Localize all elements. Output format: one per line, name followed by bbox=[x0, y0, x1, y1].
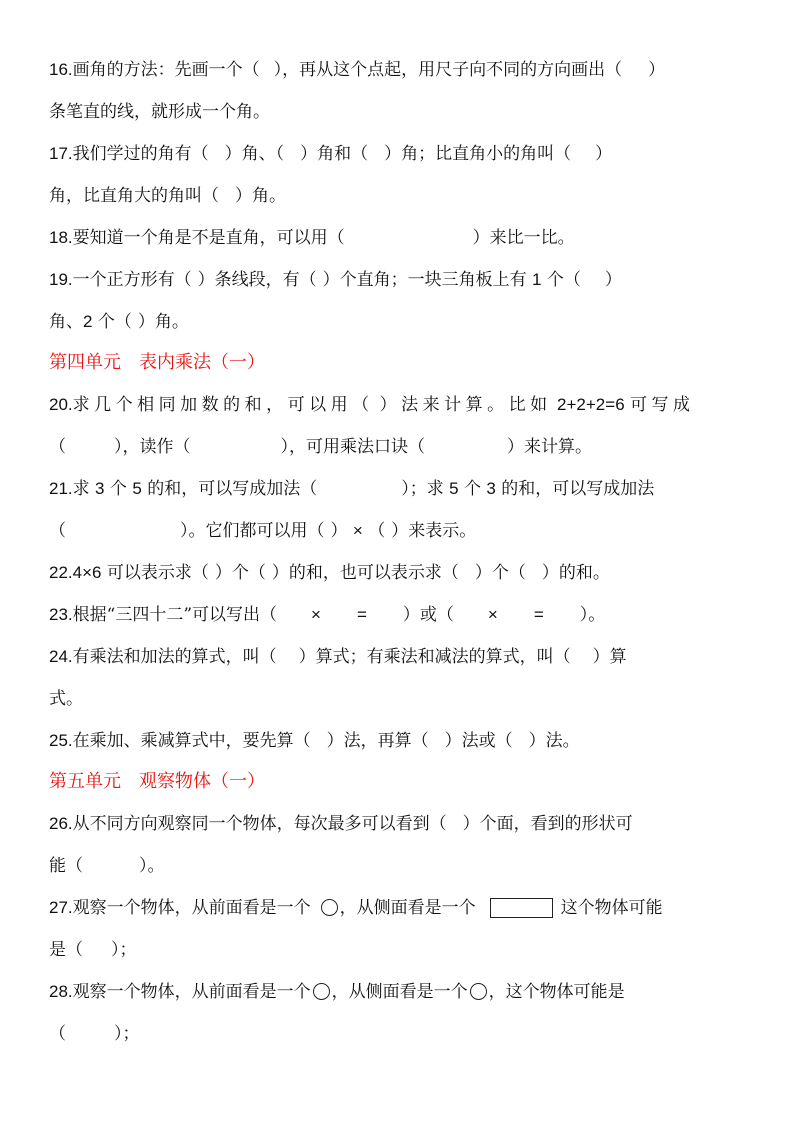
question-17-line-1: 17.我们学过的角有（）角、（）角和（）角；比直角小的角叫（） bbox=[49, 139, 612, 169]
section-heading-unit-5: 第五单元 观察物体（一） bbox=[49, 767, 265, 797]
question-21-line-2: （）。它们都可以用（） × （）来表示。 bbox=[49, 516, 476, 546]
question-27-line-2: 是（）； bbox=[49, 935, 137, 965]
section-heading-unit-4: 第四单元 表内乘法（一） bbox=[49, 348, 265, 378]
question-16-line-2: 条笔直的线，就形成一个角。 bbox=[49, 97, 270, 127]
question-19-line-2: 角、2 个（）角。 bbox=[49, 307, 189, 337]
question-18-line-1: 18.要知道一个角是不是直角，可以用（）来比一比。 bbox=[49, 223, 575, 253]
question-28-line-1: 28.观察一个物体，从前面看是一个，从侧面看是一个，这个物体可能是 bbox=[49, 977, 625, 1007]
question-20-line-1: 20.求几个相同加数的和，可以用（）法来计算。比如 2+2+2=6 可写成 bbox=[49, 390, 744, 420]
circle-shape-icon bbox=[470, 983, 487, 1000]
question-23-line-1: 23.根据“三四十二”可以写出（×=）或（×=）。 bbox=[49, 600, 605, 630]
question-20-line-2: （），读作（），可用乘法口诀（）来计算。 bbox=[49, 432, 592, 462]
question-27-line-1: 27.观察一个物体，从前面看是一个，从侧面看是一个这个物体可能 bbox=[49, 893, 663, 923]
question-25-line-1: 25.在乘加、乘减算式中，要先算（）法，再算（）法或（）法。 bbox=[49, 726, 580, 756]
circle-shape-icon bbox=[313, 983, 330, 1000]
question-21-line-1: 21.求 3 个 5 的和，可以写成加法（）；求 5 个 3 的和，可以写成加法 bbox=[49, 474, 654, 504]
question-17-line-2: 角，比直角大的角叫（）角。 bbox=[49, 181, 286, 211]
question-24-line-2: 式。 bbox=[49, 684, 83, 714]
question-22-line-1: 22.4×6 可以表示求（）个（）的和，也可以表示求（）个（）的和。 bbox=[49, 558, 610, 588]
question-26-line-2: 能（）。 bbox=[49, 851, 165, 881]
question-16-line-1: 16.画角的方法：先画一个（），再从这个点起，用尺子向不同的方向画出（） bbox=[49, 55, 665, 85]
circle-shape-icon bbox=[321, 899, 338, 916]
question-28-line-2: （）； bbox=[49, 1019, 140, 1049]
question-number: 16. bbox=[49, 60, 73, 79]
question-24-line-1: 24.有乘法和加法的算式，叫（）算式；有乘法和减法的算式，叫（）算 bbox=[49, 642, 627, 672]
question-19-line-1: 19.一个正方形有（）条线段，有（）个直角；一块三角板上有 1 个（） bbox=[49, 265, 622, 295]
question-26-line-1: 26.从不同方向观察同一个物体，每次最多可以看到（）个面，看到的形状可 bbox=[49, 809, 633, 839]
rectangle-shape-icon bbox=[490, 898, 553, 918]
